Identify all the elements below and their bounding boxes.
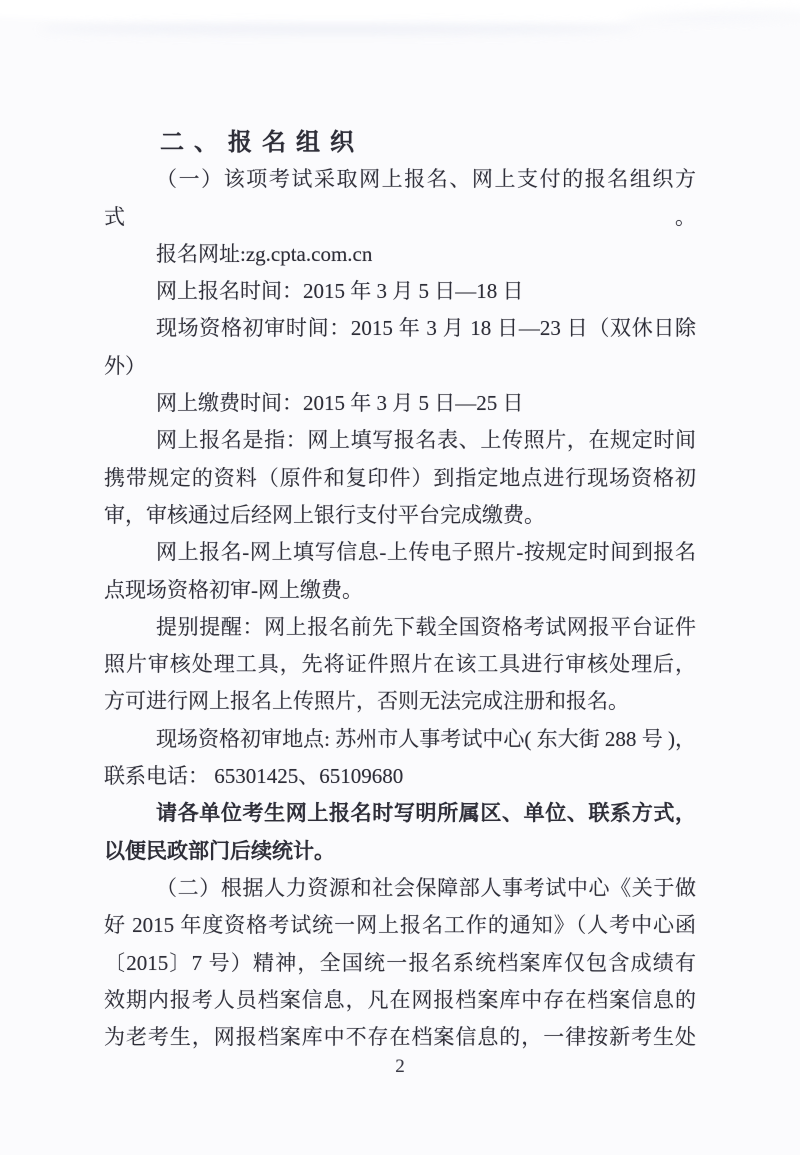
text-line: 报名网址:zg.cpta.com.cn [104, 236, 696, 273]
text-line: 好 2015 年度资格考试统一网上报名工作的通知》（人考中心函 [104, 907, 696, 944]
text-line: 网上报名时间：2015 年 3 月 5 日—18 日 [104, 273, 696, 310]
text-line: 审，审核通过后经网上银行支付平台完成缴费。 [104, 497, 696, 534]
text-line: 网上报名是指：网上填写报名表、上传照片，在规定时间 [104, 422, 696, 459]
text-line: 现场资格初审时间：2015 年 3 月 18 日—23 日（双休日除 [104, 310, 696, 347]
text-line: 照片审核处理工具，先将证件照片在该工具进行审核处理后， [104, 646, 696, 683]
page-number: 2 [0, 1056, 800, 1078]
text-line: 网上报名-网上填写信息-上传电子照片-按规定时间到报名 [104, 534, 696, 571]
scan-artifact [38, 24, 638, 34]
section-heading: 二、报名组织 [104, 124, 696, 161]
text-line: 为老考生，网报档案库中不存在档案信息的，一律按新考生处 [104, 1019, 696, 1056]
text-line: 现场资格初审地点: 苏州市人事考试中心( 东大街 288 号 )， [104, 721, 696, 758]
text-line: 网上缴费时间：2015 年 3 月 5 日—25 日 [104, 385, 696, 422]
text-line: （二）根据人力资源和社会保障部人事考试中心《关于做 [104, 870, 696, 907]
document-body: 二、报名组织（一）该项考试采取网上报名、网上支付的报名组织方式。报名网址:zg.… [104, 124, 696, 1056]
scanned-page: 二、报名组织（一）该项考试采取网上报名、网上支付的报名组织方式。报名网址:zg.… [0, 0, 800, 1155]
text-line: 效期内报考人员档案信息，凡在网报档案库中存在档案信息的 [104, 982, 696, 1019]
text-line: 请各单位考生网上报名时写明所属区、单位、联系方式， [104, 795, 696, 832]
text-line: 点现场资格初审-网上缴费。 [104, 572, 696, 609]
text-line: 〔2015〕7 号）精神，全国统一报名系统档案库仅包含成绩有 [104, 945, 696, 982]
text-line: （一）该项考试采取网上报名、网上支付的报名组织方式。 [104, 161, 696, 236]
text-line: 方可进行网上报名上传照片，否则无法完成注册和报名。 [104, 683, 696, 720]
text-line: 以便民政部门后续统计。 [104, 833, 696, 870]
text-line: 提别提醒：网上报名前先下载全国资格考试网报平台证件 [104, 609, 696, 646]
text-line: 联系电话： 65301425、65109680 [104, 758, 696, 795]
text-line: 携带规定的资料（原件和复印件）到指定地点进行现场资格初 [104, 460, 696, 497]
text-line: 外） [104, 348, 696, 385]
